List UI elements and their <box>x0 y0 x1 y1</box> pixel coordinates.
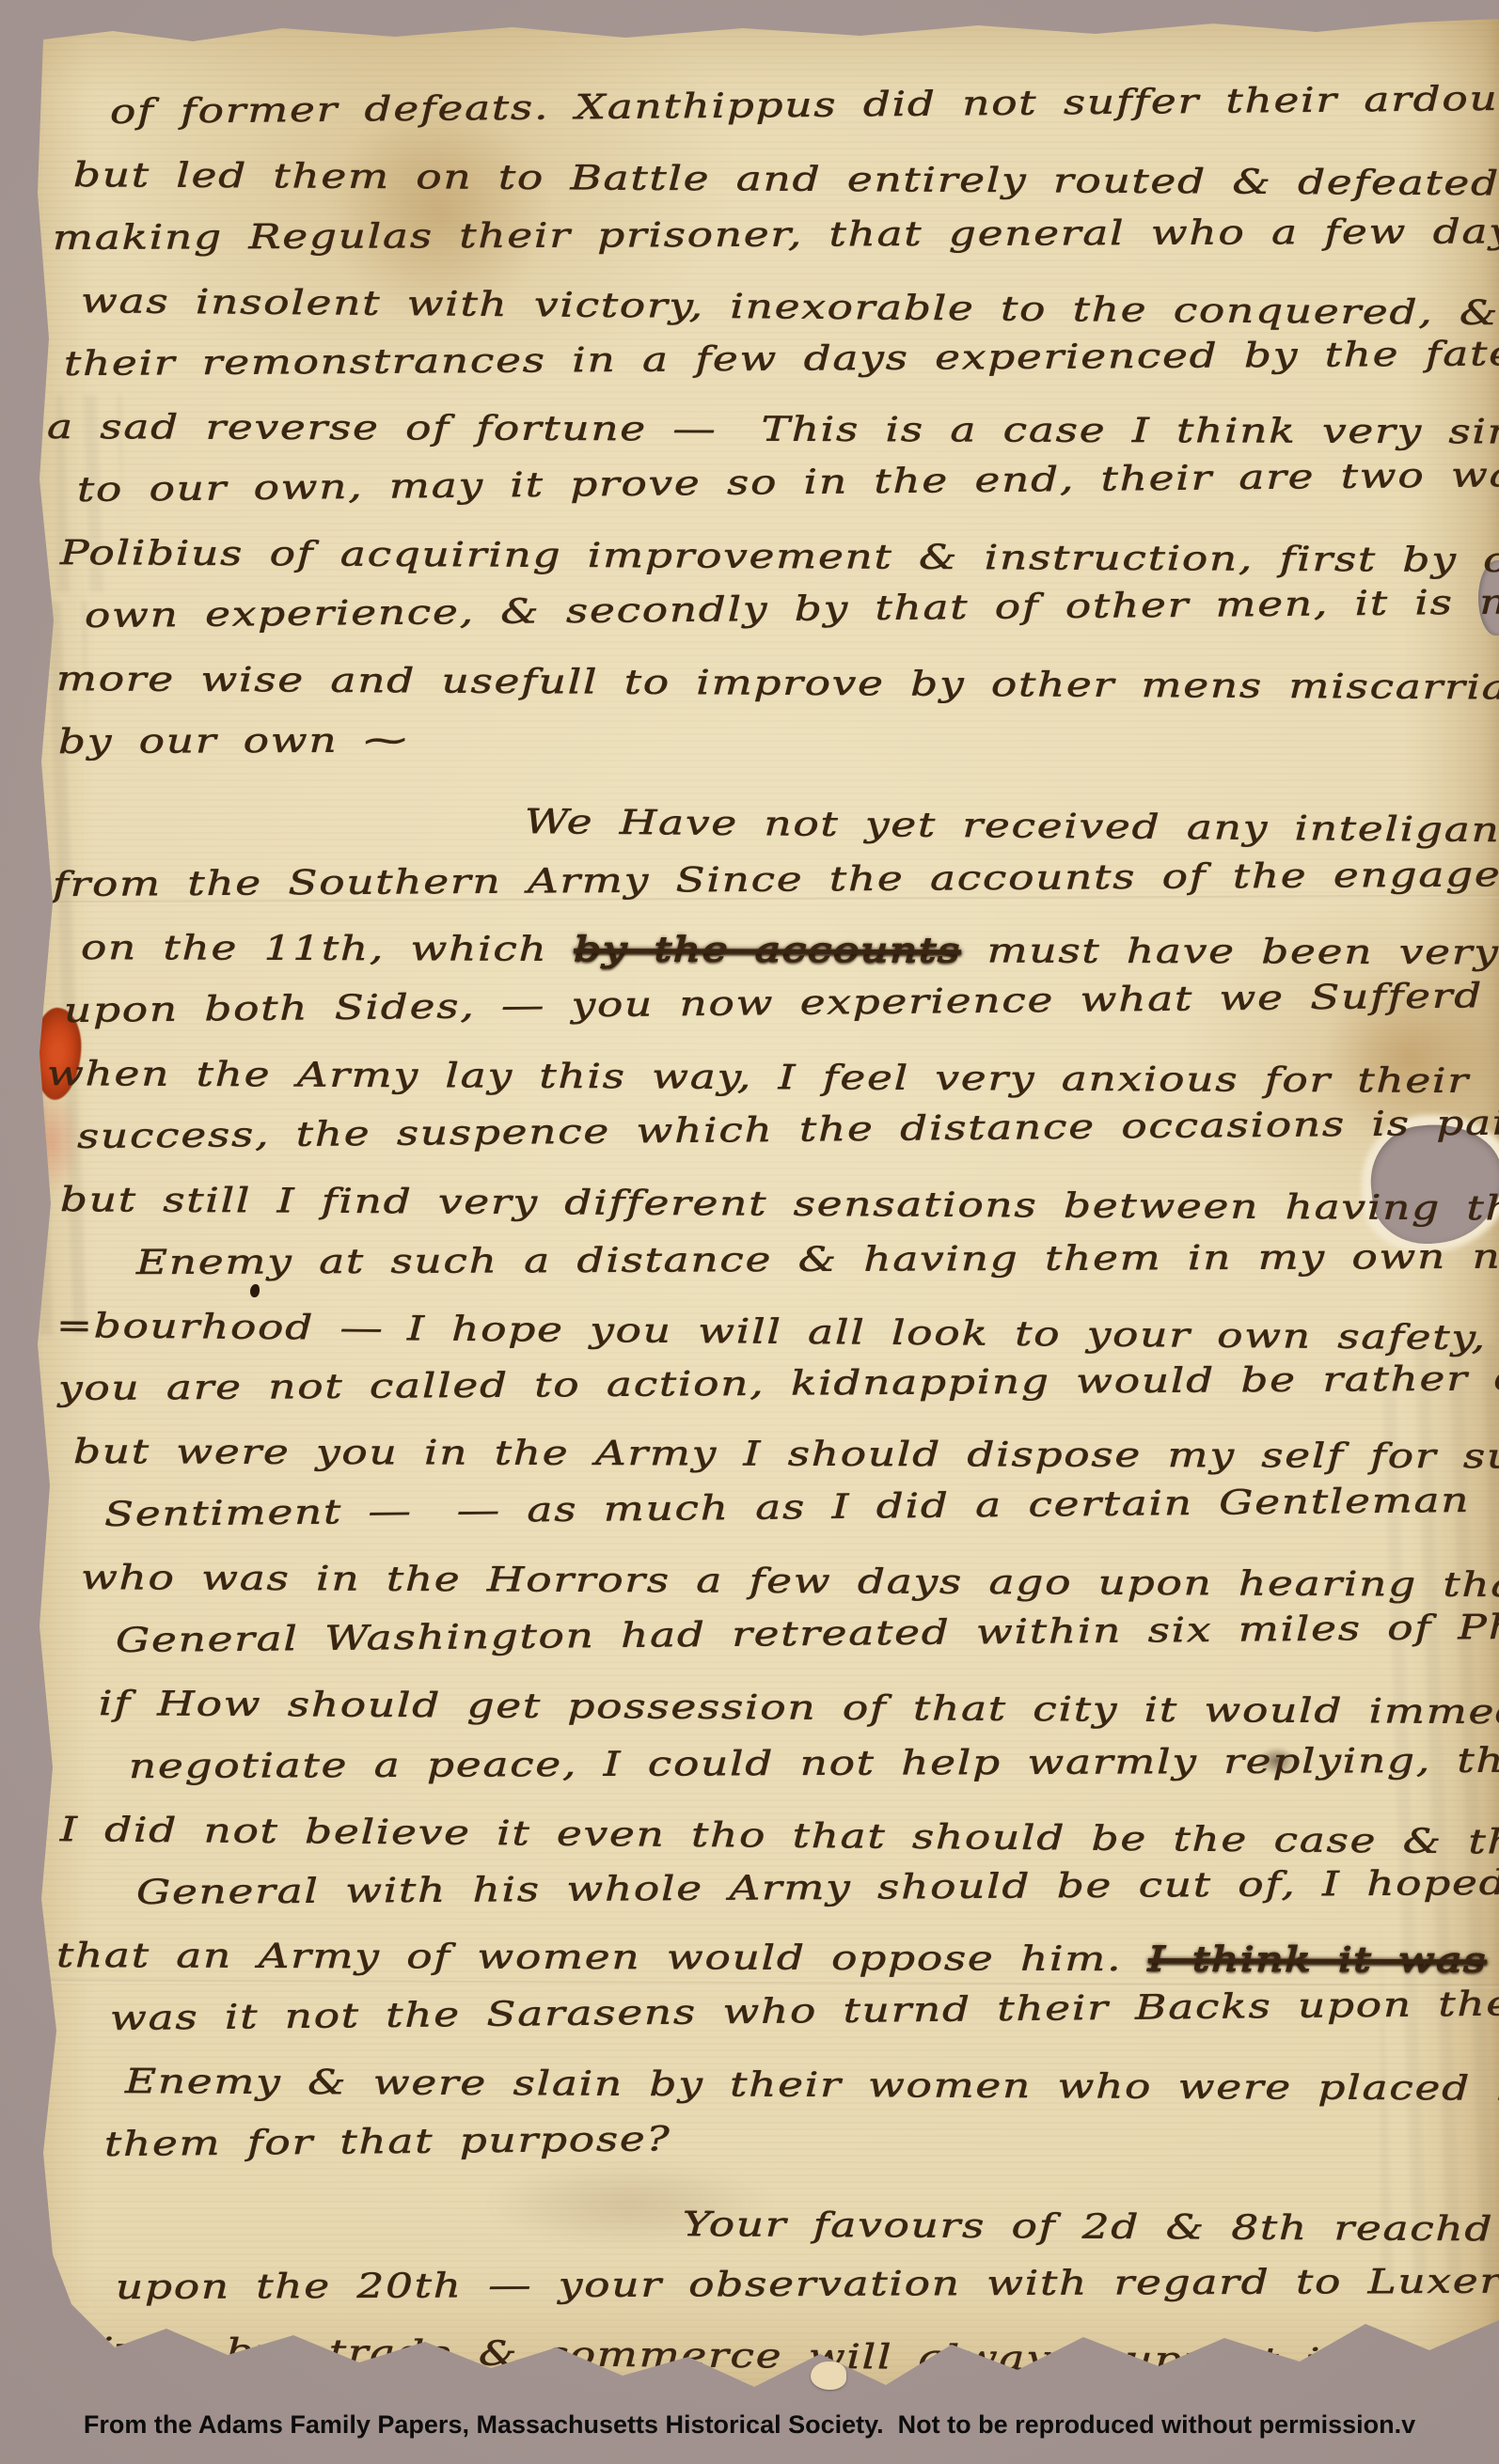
struck-out-text: by the accounts <box>574 931 961 970</box>
manuscript-line: you are not called to action, kidnapping… <box>58 1345 1499 1420</box>
manuscript-line: just, but trade & commerce will always s… <box>99 2319 1499 2397</box>
manuscript-line: negotiate a peace, I could not help warm… <box>129 1728 1499 1798</box>
caption: From the Adams Family Papers, Massachuse… <box>0 2403 1499 2446</box>
paper-crumb <box>811 2362 846 2390</box>
manuscript-line: upon the 20th — your observation with re… <box>116 2249 1499 2319</box>
manuscript-page: of former defeats. Xanthippus did not su… <box>0 0 1499 2407</box>
manuscript-text: of former defeats. Xanthippus did not su… <box>0 81 1499 2382</box>
manuscript-line: by our own ⁓ <box>58 703 1499 774</box>
manuscript-line: of former defeats. Xanthippus did not su… <box>110 64 1499 144</box>
manuscript-line: Enemy at such a distance & having them i… <box>136 1224 1499 1295</box>
manuscript-line: their remonstrances in a few days experi… <box>64 321 1499 396</box>
archival-scan: of former defeats. Xanthippus did not su… <box>0 0 1499 2464</box>
manuscript-line: from the Southern Army Since the account… <box>53 840 1499 917</box>
manuscript-line: making Regulas their prisoner, that gene… <box>53 199 1499 270</box>
manuscript-line: General with his whole Army should be cu… <box>136 1849 1499 1924</box>
